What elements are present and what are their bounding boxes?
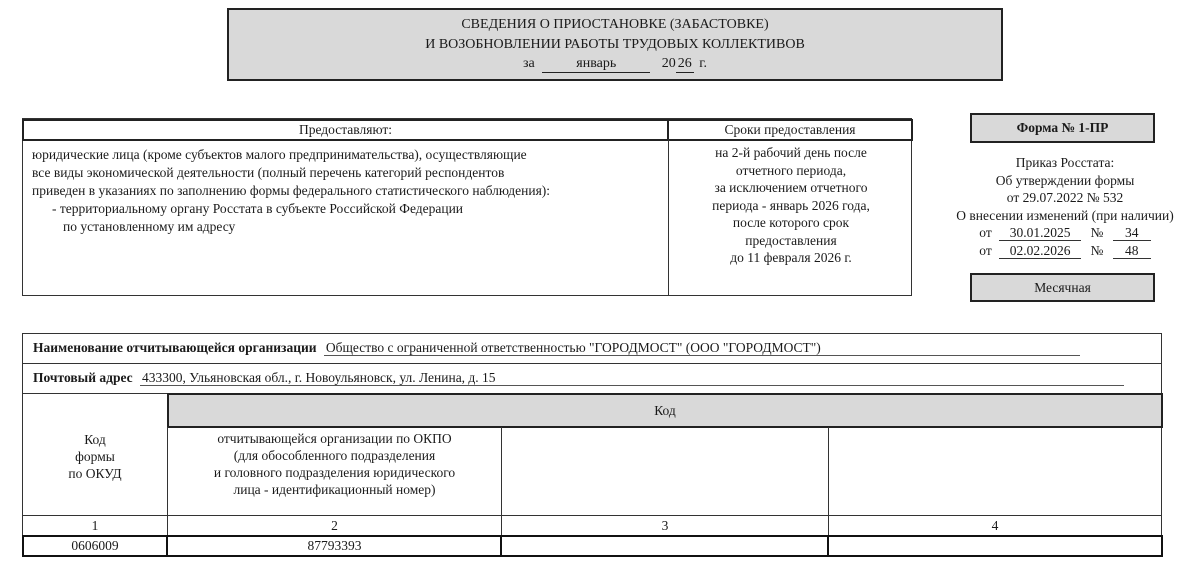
reporting-period: за январь 2026 г. <box>229 54 1001 74</box>
org-name-row: Наименование отчитывающейся организации … <box>23 334 1161 364</box>
periodicity-badge: Месячная <box>970 273 1155 302</box>
period-month-field[interactable]: январь <box>542 56 650 73</box>
order-approve: Об утверждении формы <box>930 172 1200 190</box>
deadline-line: после которого срок <box>671 214 911 232</box>
respondents-line: все виды экономической деятельности (пол… <box>32 164 662 182</box>
amend-number-field[interactable]: 48 <box>1113 243 1151 259</box>
org-name-label: Наименование отчитывающейся организации <box>33 340 317 355</box>
org-address-row: Почтовый адрес 433300, Ульяновская обл.,… <box>23 364 1161 394</box>
respondents-table: Предоставляют: Сроки предоставления юрид… <box>22 118 912 296</box>
amend-from-label: от <box>979 225 991 240</box>
col2-header-line: лица - идентификационный номер) <box>168 481 501 498</box>
form-title-block: СВЕДЕНИЯ О ПРИОСТАНОВКЕ (ЗАБАСТОВКЕ) И В… <box>227 8 1003 81</box>
amendment-row: от 02.02.2026 № 48 <box>930 242 1200 260</box>
respondents-line: юридические лица (кроме субъектов малого… <box>32 146 662 164</box>
respondents-line: - территориальному органу Росстата в суб… <box>32 200 662 218</box>
deadline-line: периода - январь 2026 года, <box>671 197 911 215</box>
col-number: 4 <box>829 516 1161 535</box>
amend-no-label: № <box>1090 225 1103 240</box>
okpo-code-field[interactable]: 87793393 <box>168 536 501 555</box>
period-prefix: за <box>523 56 535 71</box>
col1-header-line: формы <box>23 448 167 465</box>
organization-table: Наименование отчитывающейся организации … <box>22 333 1162 556</box>
col1-header-line: по ОКУД <box>23 465 167 482</box>
order-info: Приказ Росстата: Об утверждении формы от… <box>930 154 1200 259</box>
year-prefix: 20 <box>662 56 676 71</box>
col2-header-line: отчитывающейся организации по ОКПО <box>168 430 501 447</box>
okud-code-field[interactable]: 0606009 <box>23 536 167 555</box>
title-line-1: СВЕДЕНИЯ О ПРИОСТАНОВКЕ (ЗАБАСТОВКЕ) <box>229 15 1001 35</box>
order-approve-date: от 29.07.2022 № 532 <box>930 189 1200 207</box>
respondents-line: приведен в указаниях по заполнению формы… <box>32 182 662 200</box>
respondents-header: Предоставляют: <box>22 119 669 141</box>
amend-title: О внесении изменений (при наличии) <box>930 207 1200 225</box>
deadline-line: до 11 февраля 2026 г. <box>671 249 911 267</box>
form-number-badge: Форма № 1-ПР <box>970 113 1155 143</box>
column-divider <box>668 139 669 296</box>
col1-header: Код формы по ОКУД <box>23 431 167 482</box>
col1-header-line: Код <box>23 431 167 448</box>
deadline-text: на 2-й рабочий день после отчетного пери… <box>671 144 911 267</box>
deadline-line: на 2-й рабочий день после <box>671 144 911 162</box>
amend-from-label: от <box>979 243 991 258</box>
org-address-label: Почтовый адрес <box>33 370 133 385</box>
amend-date-field[interactable]: 30.01.2025 <box>999 225 1081 241</box>
col2-header: отчитывающейся организации по ОКПО (для … <box>168 430 501 498</box>
deadline-header: Сроки предоставления <box>667 119 913 141</box>
amendment-row: от 30.01.2025 № 34 <box>930 224 1200 242</box>
col2-header-line: и головного подразделения юридического <box>168 464 501 481</box>
col-number: 3 <box>502 516 828 535</box>
amend-no-label: № <box>1090 243 1103 258</box>
deadline-line: предоставления <box>671 232 911 250</box>
col-number: 2 <box>168 516 501 535</box>
amend-number-field[interactable]: 34 <box>1113 225 1151 241</box>
respondents-line: по установленному им адресу <box>32 218 662 236</box>
title-line-2: И ВОЗОБНОВЛЕНИИ РАБОТЫ ТРУДОВЫХ КОЛЛЕКТИ… <box>229 35 1001 55</box>
col-number: 1 <box>23 516 167 535</box>
org-name-field[interactable]: Общество с ограниченной ответственностью… <box>324 340 1080 356</box>
col2-header-line: (для обособленного подразделения <box>168 447 501 464</box>
amend-date-field[interactable]: 02.02.2026 <box>999 243 1081 259</box>
col-divider <box>827 535 829 557</box>
year-postfix: г. <box>699 56 707 71</box>
respondents-text: юридические лица (кроме субъектов малого… <box>32 146 662 236</box>
deadline-line: за исключением отчетного <box>671 179 911 197</box>
deadline-line: отчетного периода, <box>671 162 911 180</box>
order-title: Приказ Росстата: <box>930 154 1200 172</box>
org-address-field[interactable]: 433300, Ульяновская обл., г. Новоульянов… <box>140 370 1124 386</box>
code-header: Код <box>167 393 1163 428</box>
period-year-field[interactable]: 26 <box>676 56 694 73</box>
